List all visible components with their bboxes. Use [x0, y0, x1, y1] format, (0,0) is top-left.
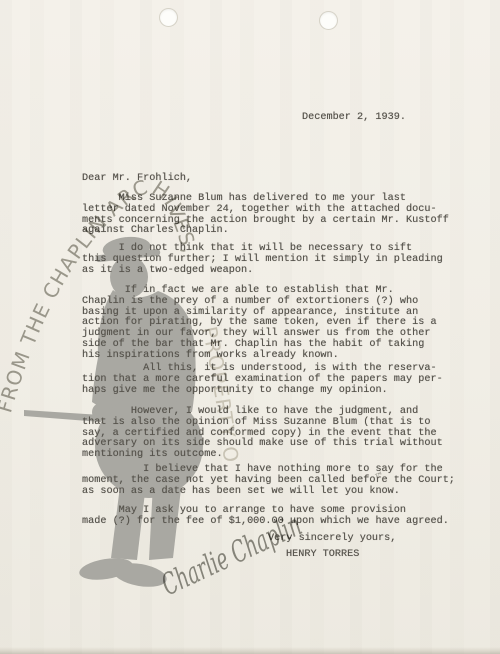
- punch-hole-right: [320, 12, 337, 29]
- letter-paragraph: May I ask you to arrange to have some pr…: [82, 506, 449, 528]
- letter-signature-name: HENRY TORRES: [286, 550, 359, 561]
- letter-paragraph: I do not think that it will be necessary…: [82, 244, 443, 276]
- letter-closing: Very sincerely yours,: [268, 534, 396, 545]
- letter-paragraph: All this, it is understood, is with the …: [82, 364, 443, 396]
- punch-hole-left: [160, 9, 177, 26]
- letter-paragraph: If in fact we are able to establish that…: [82, 286, 437, 362]
- letter-salutation: Dear Mr. Frohlich,: [82, 174, 192, 185]
- letter-date: December 2, 1939.: [302, 113, 406, 124]
- letter-paragraph: Miss Suzanne Blum has delivered to me yo…: [82, 194, 449, 237]
- letter-body: December 2, 1939. Dear Mr. Frohlich, Mis…: [0, 0, 500, 654]
- letter-paragraph: I believe that I have nothing more to sa…: [82, 465, 455, 497]
- letter-paragraph: However, I would like to have the judgme…: [82, 407, 443, 461]
- letter-page: December 2, 1939. Dear Mr. Frohlich, Mis…: [0, 0, 500, 654]
